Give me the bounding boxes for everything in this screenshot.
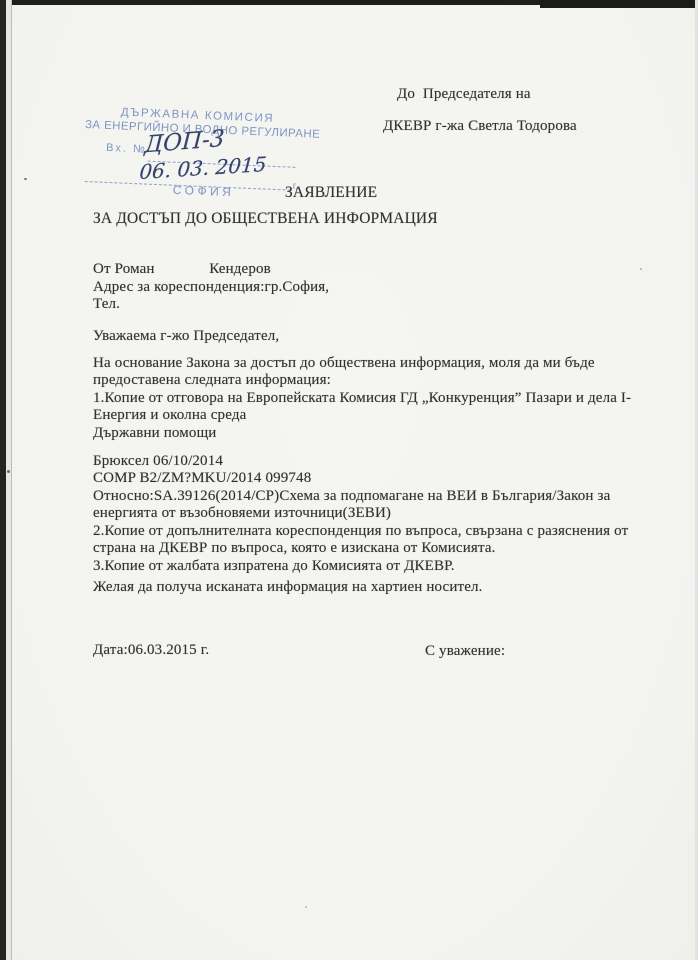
registration-stamp: ДЪРЖАВНА КОМИСИЯ ЗА ЕНЕРГИЙНО И ВОДНО РЕ… <box>82 103 310 207</box>
request-paragraph-line: Енергия и околна среда <box>93 407 246 425</box>
reference-paragraph-line: енергията от възобновяеми източници(ЗЕВИ… <box>93 505 391 523</box>
request-paragraph-line: 1.Копие от отговора на Европейската Коми… <box>93 390 631 408</box>
document-subtitle: ЗА ДОСТЪП ДО ОБЩЕСТВЕНА ИНФОРМАЦИЯ <box>93 210 438 228</box>
request-paragraph-line: На основание Закона за достъп до обществ… <box>93 355 595 373</box>
reference-paragraph-line: 3.Копие от жалбата изпратена до Комисият… <box>93 558 455 576</box>
reference-paragraph-line: Брюксел 06/10/2014 <box>93 453 223 471</box>
reference-paragraph-line: 2.Копие от допълнителната кореспонденция… <box>93 523 628 541</box>
footer-date: Дата:06.03.2015 г. <box>93 642 209 660</box>
document-title: ЗАЯВЛЕНИЕ <box>285 184 377 202</box>
reference-paragraph-line: Относно:SA.39126(2014/CP)Схема за подпом… <box>93 488 610 506</box>
delivery-preference-line: Желая да получа исканата информация на х… <box>93 579 483 597</box>
addressee-line-2: ДКЕВР г-жа Светла Тодорова <box>383 118 577 136</box>
handwritten-entry-number: ДОП-3 <box>144 126 225 159</box>
footer-regards: С уважение: <box>425 643 505 661</box>
scan-speck <box>305 906 307 908</box>
applicant-address-line: Адрес за кореспонденция:гр.София, <box>93 279 329 297</box>
scan-speck <box>24 178 27 180</box>
scan-edge-top-right <box>540 0 698 8</box>
salutation-line: Уважаема г-жо Председател, <box>93 328 279 346</box>
stamp-city: СОФИЯ <box>82 179 234 199</box>
reference-paragraph-line: COMP B2/ZM?MKU/2014 099748 <box>93 470 311 488</box>
scan-speck <box>7 470 10 473</box>
applicant-phone-line: Тел. <box>93 296 120 314</box>
applicant-name-line: От Роман Кендеров <box>93 261 271 279</box>
reference-paragraph-line: страна на ДКЕВР по въпроса, която е изис… <box>93 540 496 558</box>
request-paragraph-line: Държавни помощи <box>93 425 216 443</box>
stamp-entry-number-label: Вх. № <box>106 142 147 156</box>
scan-speck <box>640 268 642 270</box>
addressee-line-1: До Председателя на <box>397 86 531 104</box>
scanned-document-page: До Председателя на ДКЕВР г-жа Светла Тод… <box>0 0 698 960</box>
scan-paper-fold-line <box>11 0 12 960</box>
request-paragraph-line: предоставена следната информация: <box>93 372 331 390</box>
